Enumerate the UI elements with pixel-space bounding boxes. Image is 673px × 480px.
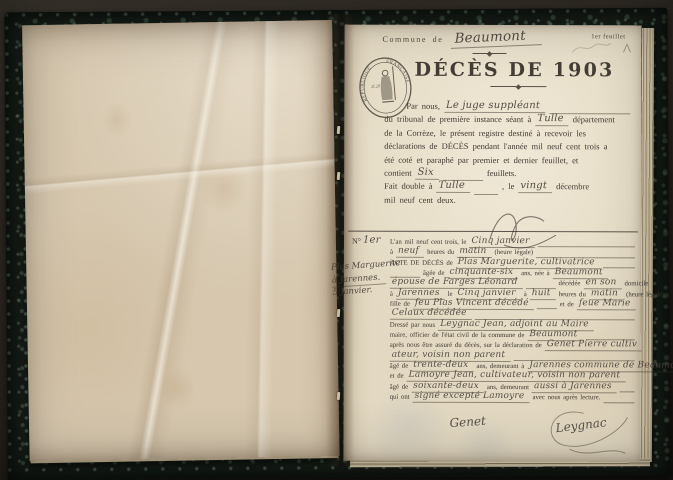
blank-rule [620, 384, 635, 392]
handwritten-entry: vingt [518, 180, 552, 193]
printed-form-text: , le [502, 181, 514, 191]
handwritten-entry: Six [416, 167, 439, 180]
printed-form-text: âgé de [390, 384, 409, 391]
printed-form-text: maire, officier de l'état civil de la co… [390, 332, 525, 339]
printed-form-text: domicile [624, 281, 648, 288]
handwritten-entry: Le juge suppléant [444, 100, 545, 113]
leygnac-signature-flourish [539, 403, 631, 461]
ornament-divider [472, 53, 506, 54]
printed-form-text: à [390, 290, 393, 297]
printed-form-text: (heure légale) [495, 249, 534, 256]
handwritten-entry: aussi à Jarennes [532, 381, 617, 393]
act-line: qui ontsigné excepté Lamoyreavec nous ap… [390, 392, 635, 403]
printed-form-text: heures du [559, 291, 586, 298]
scanned-register-photo: Commune de Beaumont 1er feuillet RÉPUBLI… [0, 0, 673, 480]
signature-genet: Genet [449, 414, 486, 430]
page-stack-fore-edge [640, 28, 654, 462]
stamp-denomination: 2f.20 [371, 83, 380, 89]
stamp-figure [379, 66, 396, 102]
blank-rule [474, 184, 498, 195]
printed-form-text: département [573, 115, 615, 125]
preamble-block: Par nous,Le juge suppléant du tribunal d… [384, 101, 630, 209]
commune-label: Commune de [383, 35, 444, 44]
printed-form-text: à [390, 249, 393, 256]
printed-form-text: avec nous après lecture. [532, 394, 600, 401]
handwritten-entry: Tulle [437, 180, 470, 193]
printed-form-text: le [448, 291, 453, 298]
pencil-caret-mark [622, 43, 632, 53]
printed-form-text: mil neuf cent deux. [384, 194, 456, 204]
ornament-divider [490, 86, 546, 87]
paper-crease [24, 140, 335, 205]
printed-form-text: âgé de [390, 363, 409, 370]
commune-name-handwritten: Beaumont [450, 27, 542, 49]
act-number: N° 1er [352, 236, 381, 247]
printed-form-text: été coté et paraphé par premier et derni… [384, 154, 578, 165]
preamble-line: de la Corrèze, le présent registre desti… [384, 127, 630, 141]
preamble-line: déclarations de DÉCÈS pendant l'année mi… [384, 141, 630, 155]
printed-form-text: de la Corrèze, le présent registre desti… [384, 127, 586, 138]
printed-form-text: déclarations de DÉCÈS pendant l'année mi… [384, 141, 607, 152]
printed-form-text: heures du [427, 249, 454, 256]
printed-form-text: L'an mil neuf cent trois, le [390, 239, 466, 246]
printed-form-text: décembre [556, 182, 589, 192]
preamble-line: Fait double àTulle , levingtdécembre [384, 181, 630, 195]
blank-rule [538, 239, 635, 247]
blank-rule [603, 395, 634, 403]
blank-rule [537, 302, 557, 310]
register-title: DÉCÈS DE 1903 [406, 59, 622, 82]
printed-form-text: et de [390, 373, 404, 380]
right-page-first-folio: Commune de Beaumont 1er feuillet RÉPUBLI… [343, 25, 641, 462]
printed-form-text: ans, demeurant [487, 384, 529, 391]
printed-form-text: à [524, 291, 527, 298]
pencil-scribble-mark [569, 39, 613, 55]
printed-form-text: Par nous, [406, 101, 440, 111]
printed-form-text: Dressé par nous [390, 321, 435, 328]
printed-form-text: qui ont [390, 394, 410, 401]
handwritten-entry: Tulle [535, 114, 568, 127]
printed-form-text: et de [560, 301, 574, 308]
printed-form-text: feuillets. [487, 168, 517, 178]
printed-form-text: du tribunal de première instance séant à [384, 114, 531, 124]
printed-form-text: ans, née à [521, 270, 550, 277]
death-act-block: L'an mil neuf cent trois, leCinq janvier… [390, 237, 635, 403]
paper-crease [208, 21, 309, 459]
printed-form-text: après nous être assuré du décès, sur la … [390, 342, 542, 349]
act-number-label: N° [352, 237, 361, 246]
handwritten-entry: signé excepté Lamoyre [413, 391, 530, 403]
act-number-value: 1er [363, 235, 381, 246]
left-page-blank [22, 20, 340, 461]
printed-form-text: (heure légale) [626, 291, 665, 298]
act-line: Dressé par nousLeygnac Jean, adjoint au … [390, 319, 635, 330]
handwritten-entry: Genet Pierre cultiv [545, 340, 642, 352]
printed-form-text: décédée [559, 281, 581, 288]
printed-form-text: ans, demeurant à [476, 363, 524, 370]
commune-line: Commune de Beaumont [383, 30, 542, 48]
preamble-line: Par nous,Le juge suppléant [384, 101, 630, 115]
printed-form-text: ACTE DE DÉCÈS de [390, 259, 453, 266]
preamble-line: contientSix feuillets. [384, 168, 630, 182]
printed-form-text: Fait double à [384, 181, 432, 191]
handwritten-entry: neuf [396, 246, 424, 258]
act-line: L'an mil neuf cent trois, leCinq janvier [390, 237, 635, 248]
preamble-line: du tribunal de première instance séant à… [384, 114, 630, 128]
handwritten-entry: feue Marie [577, 298, 636, 310]
margin-annotation: Plas Marguerite à Jarennes. 5 janvier. [331, 259, 397, 300]
printed-form-text: contient [384, 168, 411, 178]
